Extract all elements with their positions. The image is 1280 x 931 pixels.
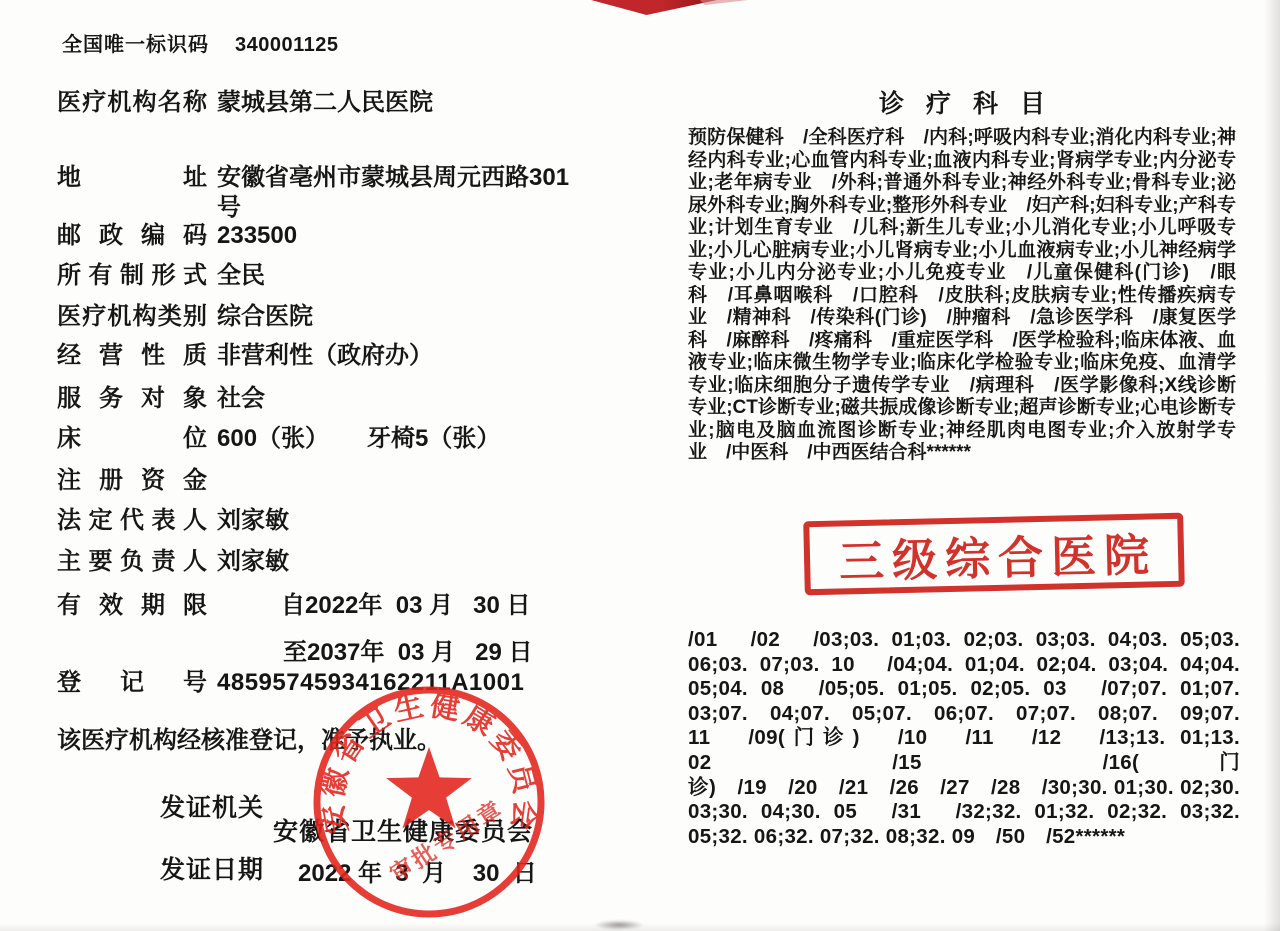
- license-document: 全国唯一标识码340001125 医疗机构名称蒙城县第二人民医院 地址安徽省亳州…: [0, 0, 1280, 931]
- seal-star-icon: [386, 747, 472, 828]
- field-principal: 主要负责人刘家敏: [57, 547, 289, 577]
- field-value: 蒙城县第二人民医院: [217, 88, 433, 118]
- diagnostic-subjects-list: 预防保健科 /全科医疗科 /内科;呼吸内科专业;消化内科专业;神经内科专业;心血…: [688, 127, 1236, 465]
- field-registered-capital: 注册资金: [57, 466, 217, 496]
- field-value: 综合医院: [217, 302, 313, 332]
- field-label: 有效期限: [57, 591, 207, 621]
- field-value: 刘家敏: [217, 547, 289, 577]
- official-seal: 安徽省卫生健康委员会 审批专用章: [305, 678, 553, 926]
- field-label: 地址: [57, 163, 207, 193]
- unique-code-row: 全国唯一标识码340001125: [62, 28, 339, 57]
- field-operation-nature: 经营性质非营利性（政府办）: [57, 341, 433, 371]
- field-value: 刘家敏: [217, 506, 289, 536]
- field-label: 所有制形式: [57, 261, 207, 291]
- diagnostic-subjects-title: 诊疗科目: [688, 84, 1236, 120]
- field-beds: 床位600（张）牙椅5（张）: [57, 424, 500, 454]
- field-label: 经营性质: [57, 341, 207, 371]
- field-address: 地址安徽省亳州市蒙城县周元西路301号: [57, 163, 589, 223]
- field-label: 床位: [57, 424, 207, 454]
- field-validity-period: 有效期限自2022年 03 月 30 日: [57, 591, 530, 621]
- field-label: 服务对象: [57, 384, 207, 414]
- field-legal-representative: 法定代表人刘家敏: [57, 506, 289, 536]
- field-value-dental-chairs: 牙椅5（张）: [367, 424, 500, 454]
- field-label: 登记号: [57, 668, 207, 698]
- field-ownership: 所有制形式全民: [57, 261, 265, 291]
- field-label: 注册资金: [57, 466, 207, 496]
- field-label: 法定代表人: [57, 506, 207, 536]
- field-label: 医疗机构类别: [57, 302, 207, 332]
- field-postal-code: 邮政编码233500: [57, 221, 297, 251]
- validity-from: 自2022年 03 月 30 日: [281, 591, 530, 621]
- issuer-label: 发证机关: [160, 788, 264, 824]
- field-value: 全民: [217, 261, 265, 291]
- field-value: 600（张）: [217, 424, 329, 454]
- unique-code-label: 全国唯一标识码: [62, 34, 209, 56]
- field-value: 非营利性（政府办）: [217, 341, 433, 371]
- unique-code-value: 340001125: [235, 34, 339, 56]
- field-label: 邮政编码: [57, 221, 207, 251]
- grade-stamp-text: 三级综合医院: [830, 518, 1157, 590]
- validity-to: 至2037年 03 月 29 日: [283, 632, 532, 667]
- field-value: 社会: [217, 384, 265, 414]
- field-value: 233500: [217, 221, 297, 251]
- field-label: 医疗机构名称: [57, 88, 207, 118]
- scan-smudge: [594, 920, 644, 930]
- field-label: 主要负责人: [57, 547, 207, 577]
- issue-date-label: 发证日期: [160, 850, 264, 886]
- field-service-target: 服务对象社会: [57, 384, 265, 414]
- grade-stamp: 三级综合医院: [803, 513, 1185, 596]
- field-institution-name: 医疗机构名称蒙城县第二人民医院: [57, 88, 433, 118]
- right-column: 诊疗科目 预防保健科 /全科医疗科 /内科;呼吸内科专业;消化内科专业;神经内科…: [688, 0, 1236, 931]
- subject-codes: /01 /02 /03;03. 01;03. 02;03. 03;03. 04;…: [688, 628, 1240, 849]
- field-value: 安徽省亳州市蒙城县周元西路301号: [217, 163, 589, 223]
- field-category: 医疗机构类别综合医院: [57, 302, 313, 332]
